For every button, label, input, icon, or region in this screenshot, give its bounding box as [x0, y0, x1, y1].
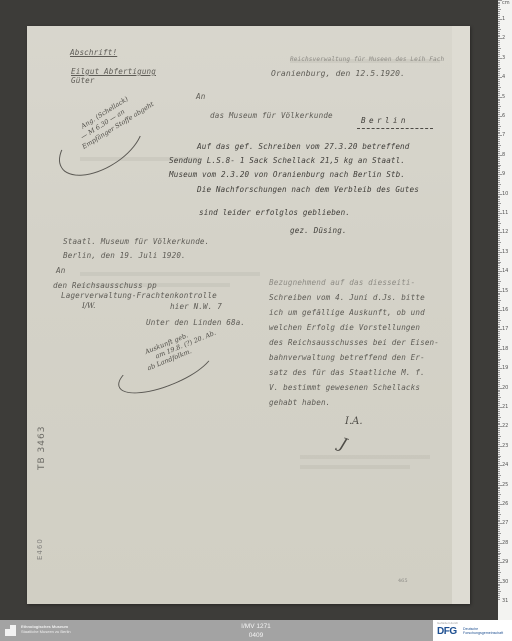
ruler-tick: [498, 541, 500, 542]
ruler-tick: [498, 174, 502, 175]
ruler-tick: [498, 568, 500, 569]
ruler-label: 8: [502, 153, 505, 158]
ruler-tick: [498, 390, 500, 391]
ruler-tick: [498, 279, 500, 280]
ruler-tick: [498, 298, 500, 299]
ruler-tick: [498, 510, 500, 511]
ruler-tick: [498, 102, 500, 103]
ruler-tick: [498, 430, 500, 431]
ruler-tick: [498, 112, 500, 113]
ruler-tick: [498, 110, 500, 111]
ruler-tick: [498, 597, 500, 598]
ruler-tick: [498, 426, 502, 427]
ruler-tick: [498, 539, 500, 540]
ruler-tick: [498, 533, 501, 534]
ruler-tick: [498, 357, 500, 358]
ruler-tick: [498, 370, 500, 371]
reply-body-3: ich um gefällige Auskunft, ob und: [269, 308, 425, 317]
ruler-tick: [498, 494, 501, 495]
ruler-tick: [498, 520, 500, 521]
ruler-tick: [498, 329, 502, 330]
ruler-tick: [498, 556, 500, 557]
ruler-tick: [498, 232, 502, 233]
ruler-label: 9: [502, 172, 505, 177]
ruler-tick: [498, 459, 500, 460]
ruler-tick: [498, 479, 500, 480]
ruler-tick: [498, 527, 500, 528]
ruler-tick: [498, 436, 501, 437]
ruler-tick: [498, 227, 500, 228]
museum-logo-notch: [5, 625, 10, 629]
ruler-label: 31: [502, 599, 508, 604]
record-info: I/MV 1271 0409: [200, 622, 312, 640]
ruler-tick: [498, 7, 500, 8]
ruler-tick: [498, 566, 500, 567]
ruler-label: 30: [502, 580, 508, 585]
ruler-tick: [498, 498, 500, 499]
institution-sub: Staatliche Museen zu Berlin: [21, 629, 71, 634]
ruler-tick: [498, 537, 500, 538]
ruler-label: 11: [502, 211, 508, 216]
page-number: 0409: [200, 631, 312, 640]
ruler-tick: [498, 230, 500, 231]
pencil-catalog-number: TB 3463: [37, 426, 47, 470]
ruler-tick: [498, 397, 501, 398]
ruler-tick: [498, 188, 500, 189]
ruler-tick: [498, 215, 500, 216]
ruler-tick: [498, 141, 500, 142]
viewer-footer: Ethnologisches Museum Staatliche Museen …: [0, 620, 512, 641]
ruler-tick: [498, 393, 500, 394]
dfg-logo-icon: DFG: [437, 626, 457, 637]
ruler-tick: [498, 205, 500, 206]
ruler-tick: [498, 440, 500, 441]
ruler-tick: [498, 159, 500, 160]
ruler-tick: [498, 374, 500, 375]
ruler-tick: [498, 118, 500, 119]
ruler-tick: [498, 143, 500, 144]
ruler-tick: [498, 135, 502, 136]
ruler-tick: [498, 157, 500, 158]
ruler-tick: [498, 564, 500, 565]
ruler-tick: [498, 258, 500, 259]
signature: gez. Düsing.: [290, 226, 347, 235]
ruler-label: 29: [502, 560, 508, 565]
ruler-tick: [498, 318, 500, 319]
ruler-tick: [498, 413, 500, 414]
ruler-tick: [498, 0, 502, 1]
ruler-tick: [498, 66, 500, 67]
ruler-tick: [498, 452, 500, 453]
ruler-tick: [498, 587, 500, 588]
ruler-tick: [498, 263, 500, 264]
ruler-tick: [498, 163, 500, 164]
ruler-tick: [498, 463, 500, 464]
institution-block: Ethnologisches Museum Staatliche Museen …: [21, 624, 71, 634]
ruler-tick: [498, 33, 500, 34]
department-line-2: Güter: [71, 76, 95, 85]
ruler-tick: [498, 166, 500, 167]
reply-initials: I/W.: [82, 302, 95, 310]
ruler-tick: [498, 197, 500, 198]
ruler-tick: [498, 312, 500, 313]
ruler-tick: [498, 217, 500, 218]
ruler-tick: [498, 343, 500, 344]
ruler-tick: [498, 48, 501, 49]
ruler-tick: [498, 488, 500, 489]
ruler-tick: [498, 71, 500, 72]
ruler-tick: [498, 306, 500, 307]
ruler-tick: [498, 42, 500, 43]
address-an: An: [196, 92, 205, 101]
ruler-tick: [498, 132, 500, 133]
ruler-tick: [498, 391, 500, 392]
ruler-tick: [498, 578, 500, 579]
ruler-tick: [498, 19, 502, 20]
ruler-tick: [498, 300, 501, 301]
ruler-tick: [498, 355, 500, 356]
department-line-1: Eilgut Abfertigung: [71, 67, 156, 76]
ruler-tick: [498, 124, 500, 125]
shelfmark: I/MV 1271: [200, 622, 312, 631]
ruler-tick: [498, 269, 500, 270]
ruler-label: 5: [502, 95, 505, 100]
ruler-tick: [498, 576, 500, 577]
ruler-tick: [498, 281, 501, 282]
ruler-tick: [498, 236, 500, 237]
ruler-tick: [498, 411, 500, 412]
ruler-tick: [498, 360, 500, 361]
ruler-tick: [498, 100, 500, 101]
ruler-tick: [498, 523, 502, 524]
ruler-tick: [498, 467, 500, 468]
ruler-tick: [498, 199, 500, 200]
ruler-tick: [498, 438, 500, 439]
ruler-tick: [498, 73, 500, 74]
ruler-tick: [498, 492, 500, 493]
ruler-tick: [498, 207, 500, 208]
sponsor-name: Deutsche Forschungsgemeinschaft: [463, 627, 503, 635]
ruler-tick: [498, 62, 500, 63]
ruler-tick: [498, 514, 501, 515]
ruler-tick: [498, 83, 500, 84]
ruler-tick: [498, 326, 500, 327]
ruler-tick: [498, 46, 500, 47]
bleed-through: [300, 465, 410, 469]
ruler-tick: [498, 415, 500, 416]
ruler-label: 24: [502, 463, 508, 468]
ruler-tick: [498, 584, 500, 585]
ruler-tick: [498, 120, 500, 121]
ruler-tick: [498, 444, 500, 445]
ruler-tick: [498, 409, 500, 410]
ruler-tick: [498, 161, 500, 162]
ruler-label: 27: [502, 521, 508, 526]
ruler-tick: [498, 481, 500, 482]
reply-body-9: gehabt haben.: [269, 398, 330, 407]
ruler-tick: [498, 242, 501, 243]
ruler-tick: [498, 283, 500, 284]
ruler-tick: [498, 145, 501, 146]
ruler-tick: [498, 562, 502, 563]
ruler-tick: [498, 518, 500, 519]
ruler-tick: [498, 384, 500, 385]
ruler-tick: [498, 535, 500, 536]
ruler-tick: [498, 15, 500, 16]
ruler-tick: [498, 13, 500, 14]
ruler-tick: [498, 29, 501, 30]
ruler-tick: [498, 314, 500, 315]
ruler-tick: [498, 221, 500, 222]
ruler-tick: [498, 446, 502, 447]
ruler-tick: [498, 593, 500, 594]
ruler-tick: [498, 457, 500, 458]
body-line-1: Auf das gef. Schreiben vom 27.3.20 betre…: [197, 142, 409, 151]
ruler-tick: [498, 549, 500, 550]
ruler-tick: [498, 382, 500, 383]
ruler-tick: [498, 331, 500, 332]
ruler-tick: [498, 589, 500, 590]
ruler-tick: [498, 341, 500, 342]
ruler-tick: [498, 238, 500, 239]
ruler-tick: [498, 362, 500, 363]
ruler-tick: [498, 36, 500, 37]
ruler-tick: [498, 69, 500, 70]
place-date: Oranienburg, den 12.5.1920.: [271, 69, 405, 78]
ruler-tick: [498, 9, 501, 10]
bleed-through-header: Reichsverwaltung für Museen des Leih Fac…: [290, 56, 444, 63]
ruler-tick: [498, 201, 500, 202]
ruler-tick: [498, 5, 500, 6]
ruler-tick: [498, 324, 500, 325]
ruler-tick: [498, 296, 500, 297]
reply-body-7: satz des für das Staatliche M. f.: [269, 368, 425, 377]
body-line-4: Die Nachforschungen nach dem Verbleib de…: [197, 185, 419, 194]
ruler-tick: [498, 50, 500, 51]
ruler-tick: [498, 543, 502, 544]
ruler-tick: [498, 244, 500, 245]
ruler-tick: [498, 417, 501, 418]
ruler-tick: [498, 225, 500, 226]
ruler-tick: [498, 271, 502, 272]
ruler-tick: [498, 388, 502, 389]
ruler-label: 18: [502, 347, 508, 352]
ruler-tick: [498, 500, 500, 501]
ruler-tick: [498, 516, 500, 517]
ruler-tick: [498, 502, 500, 503]
ruler-label: 17: [502, 327, 508, 332]
bleed-through: [80, 272, 260, 276]
ruler-tick: [498, 275, 500, 276]
ruler-tick: [498, 450, 500, 451]
ruler-tick: [498, 194, 502, 195]
recipient: das Museum für Völkerkunde: [210, 111, 333, 120]
ruler-tick: [498, 273, 500, 274]
ruler-tick: [498, 487, 500, 488]
ruler-tick: [498, 133, 500, 134]
ruler-tick: [498, 180, 500, 181]
city-underline: [357, 128, 433, 129]
reply-recipient-4: Unter den Linden 68a.: [146, 318, 245, 327]
ruler-tick: [498, 95, 500, 96]
ruler-label: 2: [502, 36, 505, 41]
ruler-tick: [498, 335, 500, 336]
ruler-tick: [498, 52, 500, 53]
ruler-tick: [498, 254, 500, 255]
abschrift-label: Abschrift!: [70, 48, 117, 57]
ruler-tick: [498, 137, 500, 138]
ruler-tick: [498, 79, 500, 80]
reply-body-4: welchen Erfolg die Vorstellungen: [269, 323, 420, 332]
ruler-tick: [498, 506, 500, 507]
ruler-tick: [498, 508, 500, 509]
ruler-tick: [498, 591, 501, 592]
ruler-tick: [498, 44, 500, 45]
ruler-tick: [498, 471, 500, 472]
ruler-tick: [498, 196, 500, 197]
ruler-tick: [498, 570, 500, 571]
ruler-tick: [498, 454, 500, 455]
ruler-tick: [498, 54, 500, 55]
ruler-tick: [498, 434, 500, 435]
ruler-tick: [498, 203, 501, 204]
ruler-label: 12: [502, 230, 508, 235]
ruler-tick: [498, 209, 500, 210]
ruler-tick: [498, 560, 500, 561]
ruler-label: 28: [502, 541, 508, 546]
body-line-5: sind leider erfolglos geblieben.: [199, 208, 350, 217]
ruler-tick: [498, 504, 502, 505]
ruler-tick: [498, 172, 500, 173]
ruler-label: 6: [502, 114, 505, 119]
reply-body-2: Schreiben vom 4. Juni d.Js. bitte: [269, 293, 425, 302]
ruler-tick: [498, 211, 500, 212]
reply-an: An: [56, 266, 65, 275]
ruler-tick: [498, 234, 500, 235]
ruler-tick: [498, 407, 502, 408]
ruler-tick: [498, 339, 501, 340]
ruler-tick: [498, 223, 501, 224]
ruler-tick: [498, 547, 500, 548]
ruler-tick: [498, 116, 502, 117]
ruler-tick: [498, 165, 501, 166]
ruler-label: 26: [502, 502, 508, 507]
ruler-tick: [498, 35, 500, 36]
ruler-tick: [498, 190, 500, 191]
paper-edge: [452, 26, 470, 604]
ruler-tick: [498, 316, 500, 317]
recipient-city: Berlin: [361, 116, 409, 125]
ruler-tick: [498, 108, 500, 109]
ruler-tick: [498, 176, 500, 177]
ruler-label: 7: [502, 133, 505, 138]
ruler-tick: [498, 256, 500, 257]
body-line-3: Museum vom 2.3.20 von Oranienburg nach B…: [169, 170, 405, 179]
ruler-tick: [498, 351, 500, 352]
ruler-tick: [498, 403, 500, 404]
ruler-tick: [498, 178, 500, 179]
ruler-tick: [498, 68, 501, 69]
ruler-label: 22: [502, 424, 508, 429]
ruler-tick: [498, 104, 500, 105]
ruler-tick: [498, 364, 500, 365]
ruler-tick: [498, 473, 500, 474]
ruler-tick: [498, 337, 500, 338]
ruler-tick: [498, 2, 500, 3]
ruler-tick: [498, 333, 500, 334]
ruler-tick: [498, 77, 502, 78]
reply-recipient-3: hier N.W. 7: [170, 302, 222, 311]
ruler-tick: [498, 553, 501, 554]
sponsor-caption: Gefördert durch: [437, 621, 458, 625]
ruler-tick: [498, 424, 500, 425]
ruler-tick: [498, 248, 500, 249]
ruler-tick: [498, 399, 500, 400]
ruler-tick: [498, 512, 500, 513]
ruler-tick: [498, 366, 500, 367]
ruler-tick: [498, 483, 500, 484]
ruler-tick: [498, 386, 500, 387]
ruler-tick: [498, 21, 500, 22]
ruler-tick: [498, 265, 500, 266]
cm-ruler: cm 1234567891011121314151617181920212223…: [498, 0, 512, 620]
pencil-bottom-right: 465: [398, 578, 408, 584]
ruler-label: 19: [502, 366, 508, 371]
ruler-tick: [498, 81, 500, 82]
ruler-tick: [498, 291, 502, 292]
ruler-tick: [498, 475, 501, 476]
ruler-tick: [498, 421, 500, 422]
ruler-tick: [498, 192, 500, 193]
ruler-tick: [498, 401, 500, 402]
reply-place-date: Berlin, den 19. Juli 1920.: [63, 251, 186, 260]
ruler-tick: [498, 599, 500, 600]
ruler-tick: [498, 64, 500, 65]
ruler-tick: [498, 97, 502, 98]
ruler-tick: [498, 170, 500, 171]
ruler-tick: [498, 574, 500, 575]
reply-recipient-2: Lagerverwaltung-Frachtenkontrolle: [61, 291, 217, 300]
ruler-tick: [498, 139, 500, 140]
ruler-tick: [498, 525, 500, 526]
ruler-tick: [498, 580, 500, 581]
ruler-tick: [498, 582, 502, 583]
ruler-tick: [498, 529, 500, 530]
ruler-tick: [498, 456, 501, 457]
ruler-tick: [498, 289, 500, 290]
reply-body-1: Bezugnehmend auf das diesseiti-: [269, 278, 415, 287]
reply-body-6: bahnverwaltung betreffend den Er-: [269, 353, 425, 362]
ruler-tick: [498, 372, 500, 373]
ruler-tick: [498, 419, 500, 420]
ruler-tick: [498, 58, 502, 59]
reply-sender: Staatl. Museum für Völkerkunde.: [63, 237, 209, 246]
ruler-tick: [498, 302, 500, 303]
ruler-unit: cm: [502, 1, 510, 6]
ruler-tick: [498, 126, 501, 127]
ruler-tick: [498, 442, 500, 443]
ruler-tick: [498, 349, 502, 350]
ruler-tick: [498, 378, 501, 379]
ruler-tick: [498, 93, 500, 94]
ruler-tick: [498, 229, 500, 230]
ruler-tick: [498, 353, 500, 354]
ruler-tick: [498, 99, 500, 100]
ruler-tick: [498, 368, 502, 369]
ruler-tick: [498, 345, 500, 346]
ruler-label: 14: [502, 269, 508, 274]
body-line-2: Sendung L.S.8- 1 Sack Schellack 21,5 kg …: [169, 156, 405, 165]
